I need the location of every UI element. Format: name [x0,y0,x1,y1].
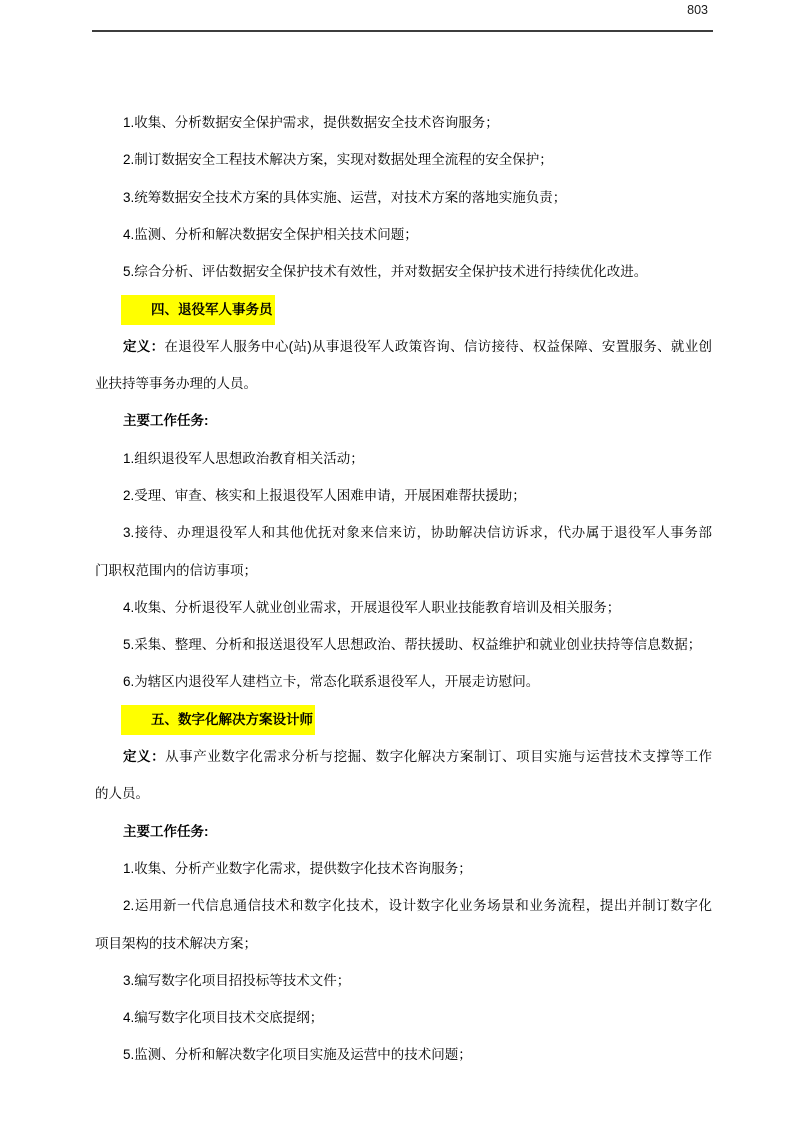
section-4-tasks-label-line: 主要工作任务: [95,402,712,439]
section-4-definition-line-2: 业扶持等事务办理的人员。 [95,365,712,402]
list-item: 1.组织退役军人思想政治教育相关活动； [95,440,712,477]
section-5-heading-highlight: 五、数字化解决方案设计师 [121,705,315,735]
list-item: 2.受理、审查、核实和上报退役军人困难申请，开展困难帮扶援助； [95,477,712,514]
list-item-continuation: 门职权范围内的信访事项； [95,552,712,589]
list-item: 4.编写数字化项目技术交底提纲； [95,999,712,1036]
page-number: 803 [687,2,708,18]
definition-text: 从事产业数字化需求分析与挖掘、数字化解决方案制订、项目实施与运营技术支撑等工作 [165,749,712,764]
list-item: 4.监测、分析和解决数据安全保护相关技术问题； [95,216,712,253]
list-item-continuation: 项目架构的技术解决方案； [95,925,712,962]
section-5-heading-line: 五、数字化解决方案设计师 [95,701,712,738]
document-page: { "page": { "number": "803" }, "colors":… [0,0,793,1122]
definition-label: 定义： [123,749,165,764]
page-background: 803 1.收集、分析数据安全保护需求，提供数据安全技术咨询服务； 2.制订数据… [0,0,793,1122]
list-item: 5.采集、整理、分析和报送退役军人思想政治、帮扶援助、权益维护和就业创业扶持等信… [95,626,712,663]
tasks-label: 主要工作任务: [123,413,209,428]
definition-text: 在退役军人服务中心(站)从事退役军人政策咨询、信访接待、权益保障、安置服务、就业… [164,339,712,354]
list-item: 5.监测、分析和解决数字化项目实施及运营中的技术问题； [95,1036,712,1073]
section-5-definition-line-1: 定义：从事产业数字化需求分析与挖掘、数字化解决方案制订、项目实施与运营技术支撑等… [95,738,712,775]
list-item: 1.收集、分析产业数字化需求，提供数字化技术咨询服务； [95,850,712,887]
list-item: 3.编写数字化项目招投标等技术文件； [95,962,712,999]
section-5-definition-line-2: 的人员。 [95,775,712,812]
list-item: 2.制订数据安全工程技术解决方案，实现对数据处理全流程的安全保护； [95,141,712,178]
list-item: 6.为辖区内退役军人建档立卡，常态化联系退役军人，开展走访慰问。 [95,663,712,700]
list-item: 1.收集、分析数据安全保护需求，提供数据安全技术咨询服务； [95,104,712,141]
header-rule [92,30,713,32]
document-body: 1.收集、分析数据安全保护需求，提供数据安全技术咨询服务； 2.制订数据安全工程… [95,104,712,1074]
definition-label: 定义： [123,339,164,354]
list-item: 4.收集、分析退役军人就业创业需求，开展退役军人职业技能教育培训及相关服务； [95,589,712,626]
section-4-definition-line-1: 定义：在退役军人服务中心(站)从事退役军人政策咨询、信访接待、权益保障、安置服务… [95,328,712,365]
list-item: 5.综合分析、评估数据安全保护技术有效性，并对数据安全保护技术进行持续优化改进。 [95,253,712,290]
list-item: 2.运用新一代信息通信技术和数字化技术，设计数字化业务场景和业务流程，提出并制订… [95,887,712,924]
section-4-heading-line: 四、退役军人事务员 [95,290,712,327]
section-4-heading-highlight: 四、退役军人事务员 [121,295,275,325]
tasks-label: 主要工作任务: [123,824,209,839]
list-item: 3.统筹数据安全技术方案的具体实施、运营，对技术方案的落地实施负责； [95,179,712,216]
section-5-tasks-label-line: 主要工作任务: [95,813,712,850]
list-item: 3.接待、办理退役军人和其他优抚对象来信来访，协助解决信访诉求，代办属于退役军人… [95,514,712,551]
